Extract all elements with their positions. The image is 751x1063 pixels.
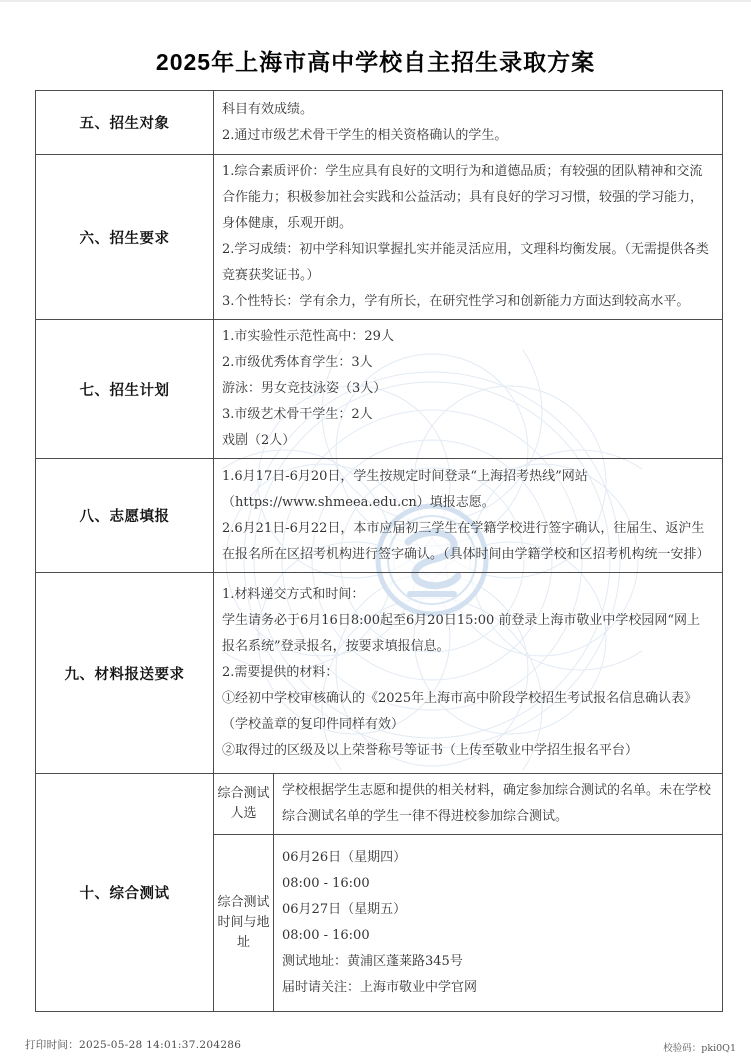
- content-line: 3.个性特长：学有余力，学有所长，在研究性学习和创新能力方面达到较高水平。: [222, 289, 712, 315]
- section-content-application-filing: 1.6月17日-6月20日，学生按规定时间登录“上海招考热线”网站（https:…: [214, 459, 723, 573]
- checksum-value: pki0Q1: [701, 1043, 736, 1054]
- content-line: （https://www.shmeea.edu.cn）填报志愿。: [222, 490, 712, 516]
- table-row: 九、材料报送要求 1.材料递交方式和时间：学生请务必于6月16日8:00起至6月…: [36, 573, 723, 774]
- table-row: 五、招生对象 科目有效成绩。2.通过市级艺术骨干学生的相关资格确认的学生。: [36, 91, 723, 155]
- section-label-comprehensive-test: 十、综合测试: [36, 774, 214, 1012]
- content-line: 1.市实验性示范性高中：29人: [222, 324, 712, 350]
- content-line: 06月27日（星期五）: [282, 897, 712, 923]
- content-line: ①经初中学校审核确认的《2025年上海市高中阶段学校招生考试报名信息确认表》（学…: [222, 686, 712, 738]
- section-content-enrollment-target: 科目有效成绩。2.通过市级艺术骨干学生的相关资格确认的学生。: [214, 91, 723, 155]
- section-content-test-time-address: 06月26日（星期四）08:00 - 16:0006月27日（星期五）08:00…: [274, 835, 723, 1012]
- content-line: ②取得过的区级及以上荣誉称号等证书（上传至敬业中学招生报名平台）: [222, 738, 712, 764]
- print-time-label: 打印时间：: [25, 1039, 79, 1051]
- content-line: 2.市级优秀体育学生：3人: [222, 350, 712, 376]
- print-time: 打印时间：2025-05-28 14:01:37.204286: [25, 1037, 241, 1052]
- content-line: 1.综合素质评价：学生应具有良好的文明行为和道德品质；有较强的团队精神和交流合作…: [222, 159, 712, 237]
- checksum: 校验码：pki0Q1: [663, 1040, 736, 1054]
- content-line: 2.学习成绩：初中学科知识掌握扎实并能灵活应用，文理科均衡发展。（无需提供各类竞…: [222, 237, 712, 289]
- section-content-enrollment-plan: 1.市实验性示范性高中：29人2.市级优秀体育学生：3人游泳：男女竞技泳姿（3人…: [214, 320, 723, 459]
- section-label-material-submission: 九、材料报送要求: [36, 573, 214, 774]
- section-content-material-submission: 1.材料递交方式和时间：学生请务必于6月16日8:00起至6月20日15:00 …: [214, 573, 723, 774]
- content-line: 游泳：男女竞技泳姿（3人）: [222, 376, 712, 402]
- content-line: 2.通过市级艺术骨干学生的相关资格确认的学生。: [222, 123, 712, 149]
- table-row: 六、招生要求 1.综合素质评价：学生应具有良好的文明行为和道德品质；有较强的团队…: [36, 155, 723, 320]
- table-row: 八、志愿填报 1.6月17日-6月20日，学生按规定时间登录“上海招考热线”网站…: [36, 459, 723, 573]
- section-label-enrollment-plan: 七、招生计划: [36, 320, 214, 459]
- section-label-enrollment-requirements: 六、招生要求: [36, 155, 214, 320]
- content-line: 戏剧（2人）: [222, 428, 712, 454]
- sublabel-test-candidates: 综合测试人选: [214, 774, 274, 835]
- content-line: 2.需要提供的材料：: [222, 660, 712, 686]
- section-label-enrollment-target: 五、招生对象: [36, 91, 214, 155]
- content-line: 科目有效成绩。: [222, 97, 712, 123]
- content-line: 08:00 - 16:00: [282, 871, 712, 897]
- admission-plan-table: 五、招生对象 科目有效成绩。2.通过市级艺术骨干学生的相关资格确认的学生。 六、…: [35, 90, 723, 1012]
- content-line: 2.6月21日-6月22日，本市应届初三学生在学籍学校进行签字确认，往届生、返沪…: [222, 516, 712, 568]
- section-content-enrollment-requirements: 1.综合素质评价：学生应具有良好的文明行为和道德品质；有较强的团队精神和交流合作…: [214, 155, 723, 320]
- document-page: { "page": { "title": "2025年上海市高中学校自主招生录取…: [0, 0, 751, 1063]
- print-time-value: 2025-05-28 14:01:37.204286: [79, 1039, 241, 1051]
- section-label-application-filing: 八、志愿填报: [36, 459, 214, 573]
- content-line: 08:00 - 16:00: [282, 923, 712, 949]
- content-line: 3.市级艺术骨干学生：2人: [222, 402, 712, 428]
- content-line: 06月26日（星期四）: [282, 845, 712, 871]
- content-line: 学校根据学生志愿和提供的相关材料，确定参加综合测试的名单。未在学校综合测试名单的…: [282, 778, 712, 830]
- content-line: 1.6月17日-6月20日，学生按规定时间登录“上海招考热线”网站: [222, 464, 712, 490]
- content-line: 学生请务必于6月16日8:00起至6月20日15:00 前登录上海市敬业中学校园…: [222, 608, 712, 660]
- checksum-label: 校验码：: [663, 1043, 701, 1054]
- table-row: 七、招生计划 1.市实验性示范性高中：29人2.市级优秀体育学生：3人游泳：男女…: [36, 320, 723, 459]
- sublabel-test-time-address: 综合测试时间与地址: [214, 835, 274, 1012]
- page-title: 2025年上海市高中学校自主招生录取方案: [0, 44, 751, 77]
- content-line: 届时请关注：上海市敬业中学官网: [282, 975, 712, 1001]
- section-content-test-candidates: 学校根据学生志愿和提供的相关材料，确定参加综合测试的名单。未在学校综合测试名单的…: [274, 774, 723, 835]
- content-line: 1.材料递交方式和时间：: [222, 582, 712, 608]
- content-line: 测试地址：黄浦区蓬莱路345号: [282, 949, 712, 975]
- table-row: 十、综合测试 综合测试人选 学校根据学生志愿和提供的相关材料，确定参加综合测试的…: [36, 774, 723, 835]
